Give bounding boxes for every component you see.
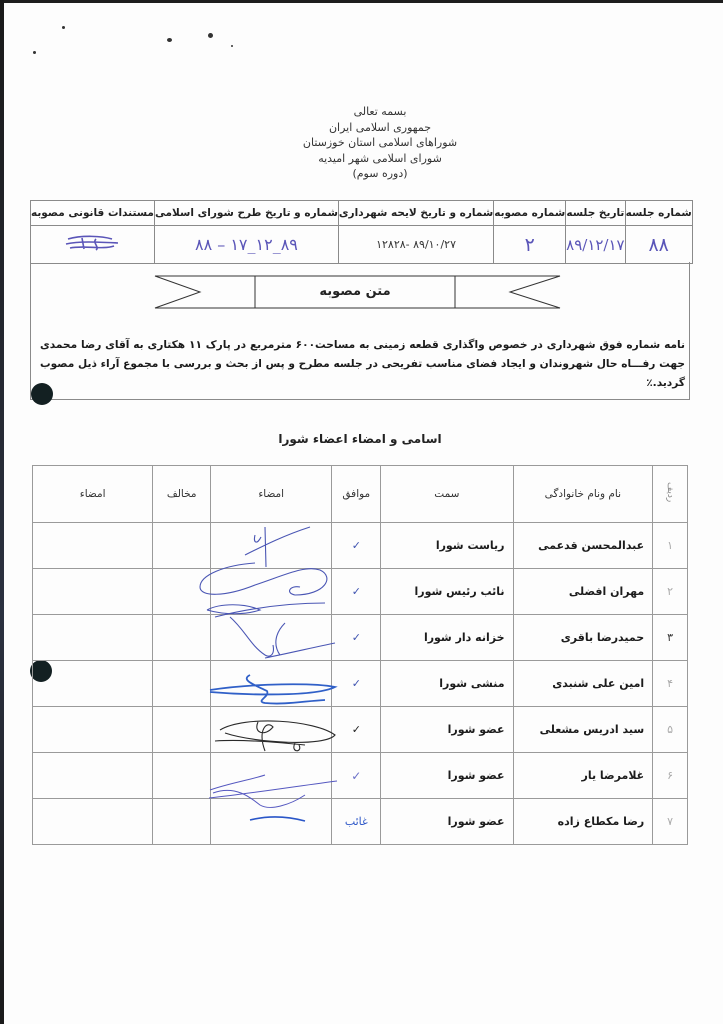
scan-edge-left xyxy=(0,0,4,1024)
member-name: رضا مکطاع زاده xyxy=(513,799,653,845)
scan-speck xyxy=(208,33,213,38)
letterhead: بسمه تعالی جمهوری اسلامی ایران شوراهای ا… xyxy=(230,104,530,182)
header-council-plan: شماره و تاریخ طرح شورای اسلامی xyxy=(154,201,338,226)
member-index: ۶ xyxy=(653,753,688,799)
header-legal-basis: مستندات قانونی مصوبه xyxy=(31,201,155,226)
session-value-row: ۸۸ ۸۹/۱۲/۱۷ ۲ ۸۹/۱۰/۲۷ -۱۲۸۲۸ ۸۹_۱۲_۱۷ –… xyxy=(31,226,693,264)
member-position: منشی شورا xyxy=(381,661,513,707)
member-index: ۷ xyxy=(653,799,688,845)
member-index: ۳ xyxy=(653,615,688,661)
member-signature-2 xyxy=(33,523,153,569)
member-agree-mark: ✓ xyxy=(332,661,381,707)
member-index: ۲ xyxy=(653,569,688,615)
member-row: ۷ رضا مکطاع زاده عضو شورا غائب xyxy=(33,799,688,845)
member-signatures-ink xyxy=(195,515,335,845)
header-disagree: مخالف xyxy=(153,466,211,523)
punch-hole xyxy=(31,383,53,405)
header-index: ردیف xyxy=(653,466,688,523)
member-name: حمیدرضا باقری xyxy=(513,615,653,661)
member-row: ۳ حمیدرضا باقری خزانه دار شورا ✓ xyxy=(33,615,688,661)
scan-speck xyxy=(62,26,65,29)
member-row: ۴ امین علی شنبدی منشی شورا ✓ xyxy=(33,661,688,707)
member-name: امین علی شنبدی xyxy=(513,661,653,707)
member-index: ۱ xyxy=(653,523,688,569)
session-date: ۸۹/۱۲/۱۷ xyxy=(566,226,625,264)
member-position: عضو شورا xyxy=(381,799,513,845)
member-signature-2 xyxy=(33,799,153,845)
member-row: ۲ مهران افضلی نائب رئیس شورا ✓ xyxy=(33,569,688,615)
member-name: عبدالمحسن قدعمی xyxy=(513,523,653,569)
header-session-number: شماره جلسه xyxy=(625,201,692,226)
member-row: ۶ غلامرضا یار عضو شورا ✓ xyxy=(33,753,688,799)
members-header-row: ردیف نام ونام خانوادگی سمت موافق امضاء م… xyxy=(33,466,688,523)
signature-ink-icon xyxy=(200,527,335,658)
signature-scribble-icon xyxy=(62,233,122,253)
member-name: غلامرضا یار xyxy=(513,753,653,799)
resolution-number: ۲ xyxy=(494,226,566,264)
header-signature-2: امضاء xyxy=(33,466,153,523)
session-header-row: شماره جلسه تاریخ جلسه شماره مصوبه شماره … xyxy=(31,201,693,226)
municipality-bill: ۸۹/۱۰/۲۷ -۱۲۸۲۸ xyxy=(338,226,493,264)
member-signature-2 xyxy=(33,753,153,799)
member-position: عضو شورا xyxy=(381,753,513,799)
member-agree-mark: ✓ xyxy=(332,615,381,661)
header-name: نام ونام خانوادگی xyxy=(513,466,653,523)
council-term: (دوره سوم) xyxy=(230,166,530,182)
header-municipality-bill: شماره و تاریخ لایحه شهرداری xyxy=(338,201,493,226)
scan-speck xyxy=(167,38,172,42)
resolution-title: متن مصوبه xyxy=(255,276,455,308)
member-agree-mark: ✓ xyxy=(332,707,381,753)
member-position: خزانه دار شورا xyxy=(381,615,513,661)
member-signature-2 xyxy=(33,661,153,707)
member-name: سید ادریس مشعلی xyxy=(513,707,653,753)
member-signature-2 xyxy=(33,569,153,615)
member-position: نائب رئیس شورا xyxy=(381,569,513,615)
scan-edge-top xyxy=(0,0,723,3)
member-agree-mark: ✓ xyxy=(332,753,381,799)
member-signature-2 xyxy=(33,707,153,753)
header-position: سمت xyxy=(381,466,513,523)
member-name: مهران افضلی xyxy=(513,569,653,615)
members-table: ردیف نام ونام خانوادگی سمت موافق امضاء م… xyxy=(32,465,688,845)
member-signature-2 xyxy=(33,615,153,661)
member-index: ۵ xyxy=(653,707,688,753)
member-row: ۱ عبدالمحسن قدعمی ریاست شورا ✓ xyxy=(33,523,688,569)
member-position: ریاست شورا xyxy=(381,523,513,569)
scan-speck xyxy=(231,45,233,47)
council-plan: ۸۹_۱۲_۱۷ – ۸۸ xyxy=(154,226,338,264)
legal-basis-signature xyxy=(31,226,155,264)
resolution-text: نامه شماره فوق شهرداری در خصوص واگذاری ق… xyxy=(40,336,685,393)
scan-speck xyxy=(33,51,36,54)
session-number: ۸۸ xyxy=(625,226,692,264)
header-signature: امضاء xyxy=(211,466,332,523)
member-row: ۵ سید ادریس مشعلی عضو شورا ✓ xyxy=(33,707,688,753)
header-resolution-number: شماره مصوبه xyxy=(494,201,566,226)
member-agree-mark: ✓ xyxy=(332,569,381,615)
header-agree: موافق xyxy=(332,466,381,523)
bismillah: بسمه تعالی xyxy=(230,104,530,120)
province-councils: شوراهای اسلامی استان خوزستان xyxy=(230,135,530,151)
session-info-table: شماره جلسه تاریخ جلسه شماره مصوبه شماره … xyxy=(30,200,693,264)
city-council: شورای اسلامی شهر امیدیه xyxy=(230,151,530,167)
member-position: عضو شورا xyxy=(381,707,513,753)
member-absent-mark: غائب xyxy=(332,799,381,845)
country-name: جمهوری اسلامی ایران xyxy=(230,120,530,136)
header-session-date: تاریخ جلسه xyxy=(566,201,625,226)
members-title: اسامی و امضاء اعضاء شورا xyxy=(230,432,490,446)
member-index: ۴ xyxy=(653,661,688,707)
member-agree-mark: ✓ xyxy=(332,523,381,569)
